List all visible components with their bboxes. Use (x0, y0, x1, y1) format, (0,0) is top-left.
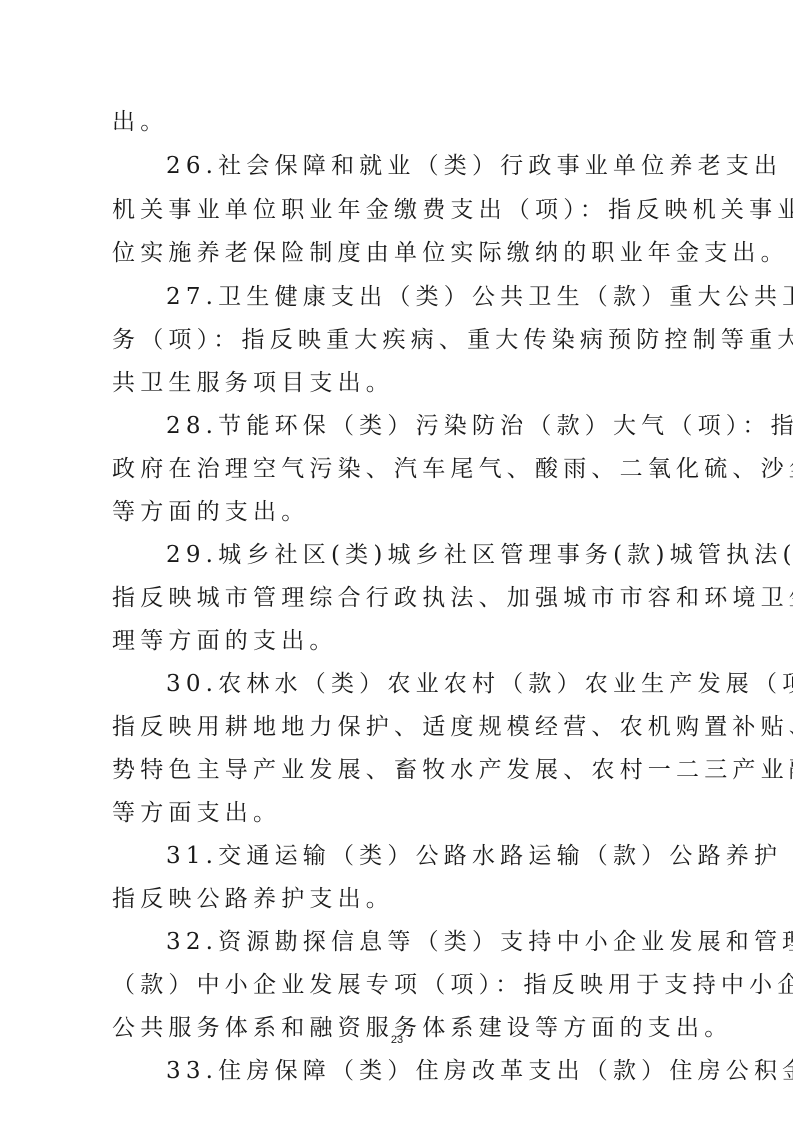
text-line: 机关事业单位职业年金缴费支出（项）：指反映机关事业单 (112, 195, 682, 225)
text-line: 26.社会保障和就业（类）行政事业单位养老支出（款） (166, 151, 682, 181)
text-line: 指反映用耕地地力保护、适度规模经营、农机购置补贴、优 (112, 712, 682, 742)
text-line: 出。 (112, 107, 682, 137)
page-number: 23 (386, 1034, 408, 1046)
text-line: 33.住房保障（类）住房改革支出（款）住房公积金（项）: (166, 1056, 682, 1086)
text-line: 势特色主导产业发展、畜牧水产发展、农村一二三产业融合 (112, 755, 682, 785)
text-line: 指反映公路养护支出。 (112, 884, 682, 914)
text-line: 理等方面的支出。 (112, 626, 682, 656)
text-line: 等方面支出。 (112, 798, 682, 828)
text-line: 32.资源勘探信息等（类）支持中小企业发展和管理支出 (166, 927, 682, 957)
text-line: 务（项）：指反映重大疾病、重大传染病预防控制等重大公 (112, 325, 682, 355)
text-line: 30.农林水（类）农业农村（款）农业生产发展（项）： (166, 669, 682, 699)
text-line: 29.城乡社区(类)城乡社区管理事务(款)城管执法(项): (166, 540, 682, 570)
text-line: （款）中小企业发展专项（项）：指反映用于支持中小企业 (112, 970, 682, 1000)
text-line: 政府在治理空气污染、汽车尾气、酸雨、二氧化硫、沙尘暴 (112, 454, 682, 484)
text-line: 共卫生服务项目支出。 (112, 368, 682, 398)
text-line: 28.节能环保（类）污染防治（款）大气（项）：指反映 (166, 411, 682, 441)
text-line: 指反映城市管理综合行政执法、加强城市市容和环境卫生管 (112, 583, 682, 613)
text-line: 27.卫生健康支出（类）公共卫生（款）重大公共卫生服 (166, 282, 682, 312)
text-line: 等方面的支出。 (112, 497, 682, 527)
text-line: 31.交通运输（类）公路水路运输（款）公路养护（项）: (166, 841, 682, 871)
text-line: 位实施养老保险制度由单位实际缴纳的职业年金支出。 (112, 238, 682, 268)
document-page: 出。26.社会保障和就业（类）行政事业单位养老支出（款）机关事业单位职业年金缴费… (0, 0, 793, 1122)
